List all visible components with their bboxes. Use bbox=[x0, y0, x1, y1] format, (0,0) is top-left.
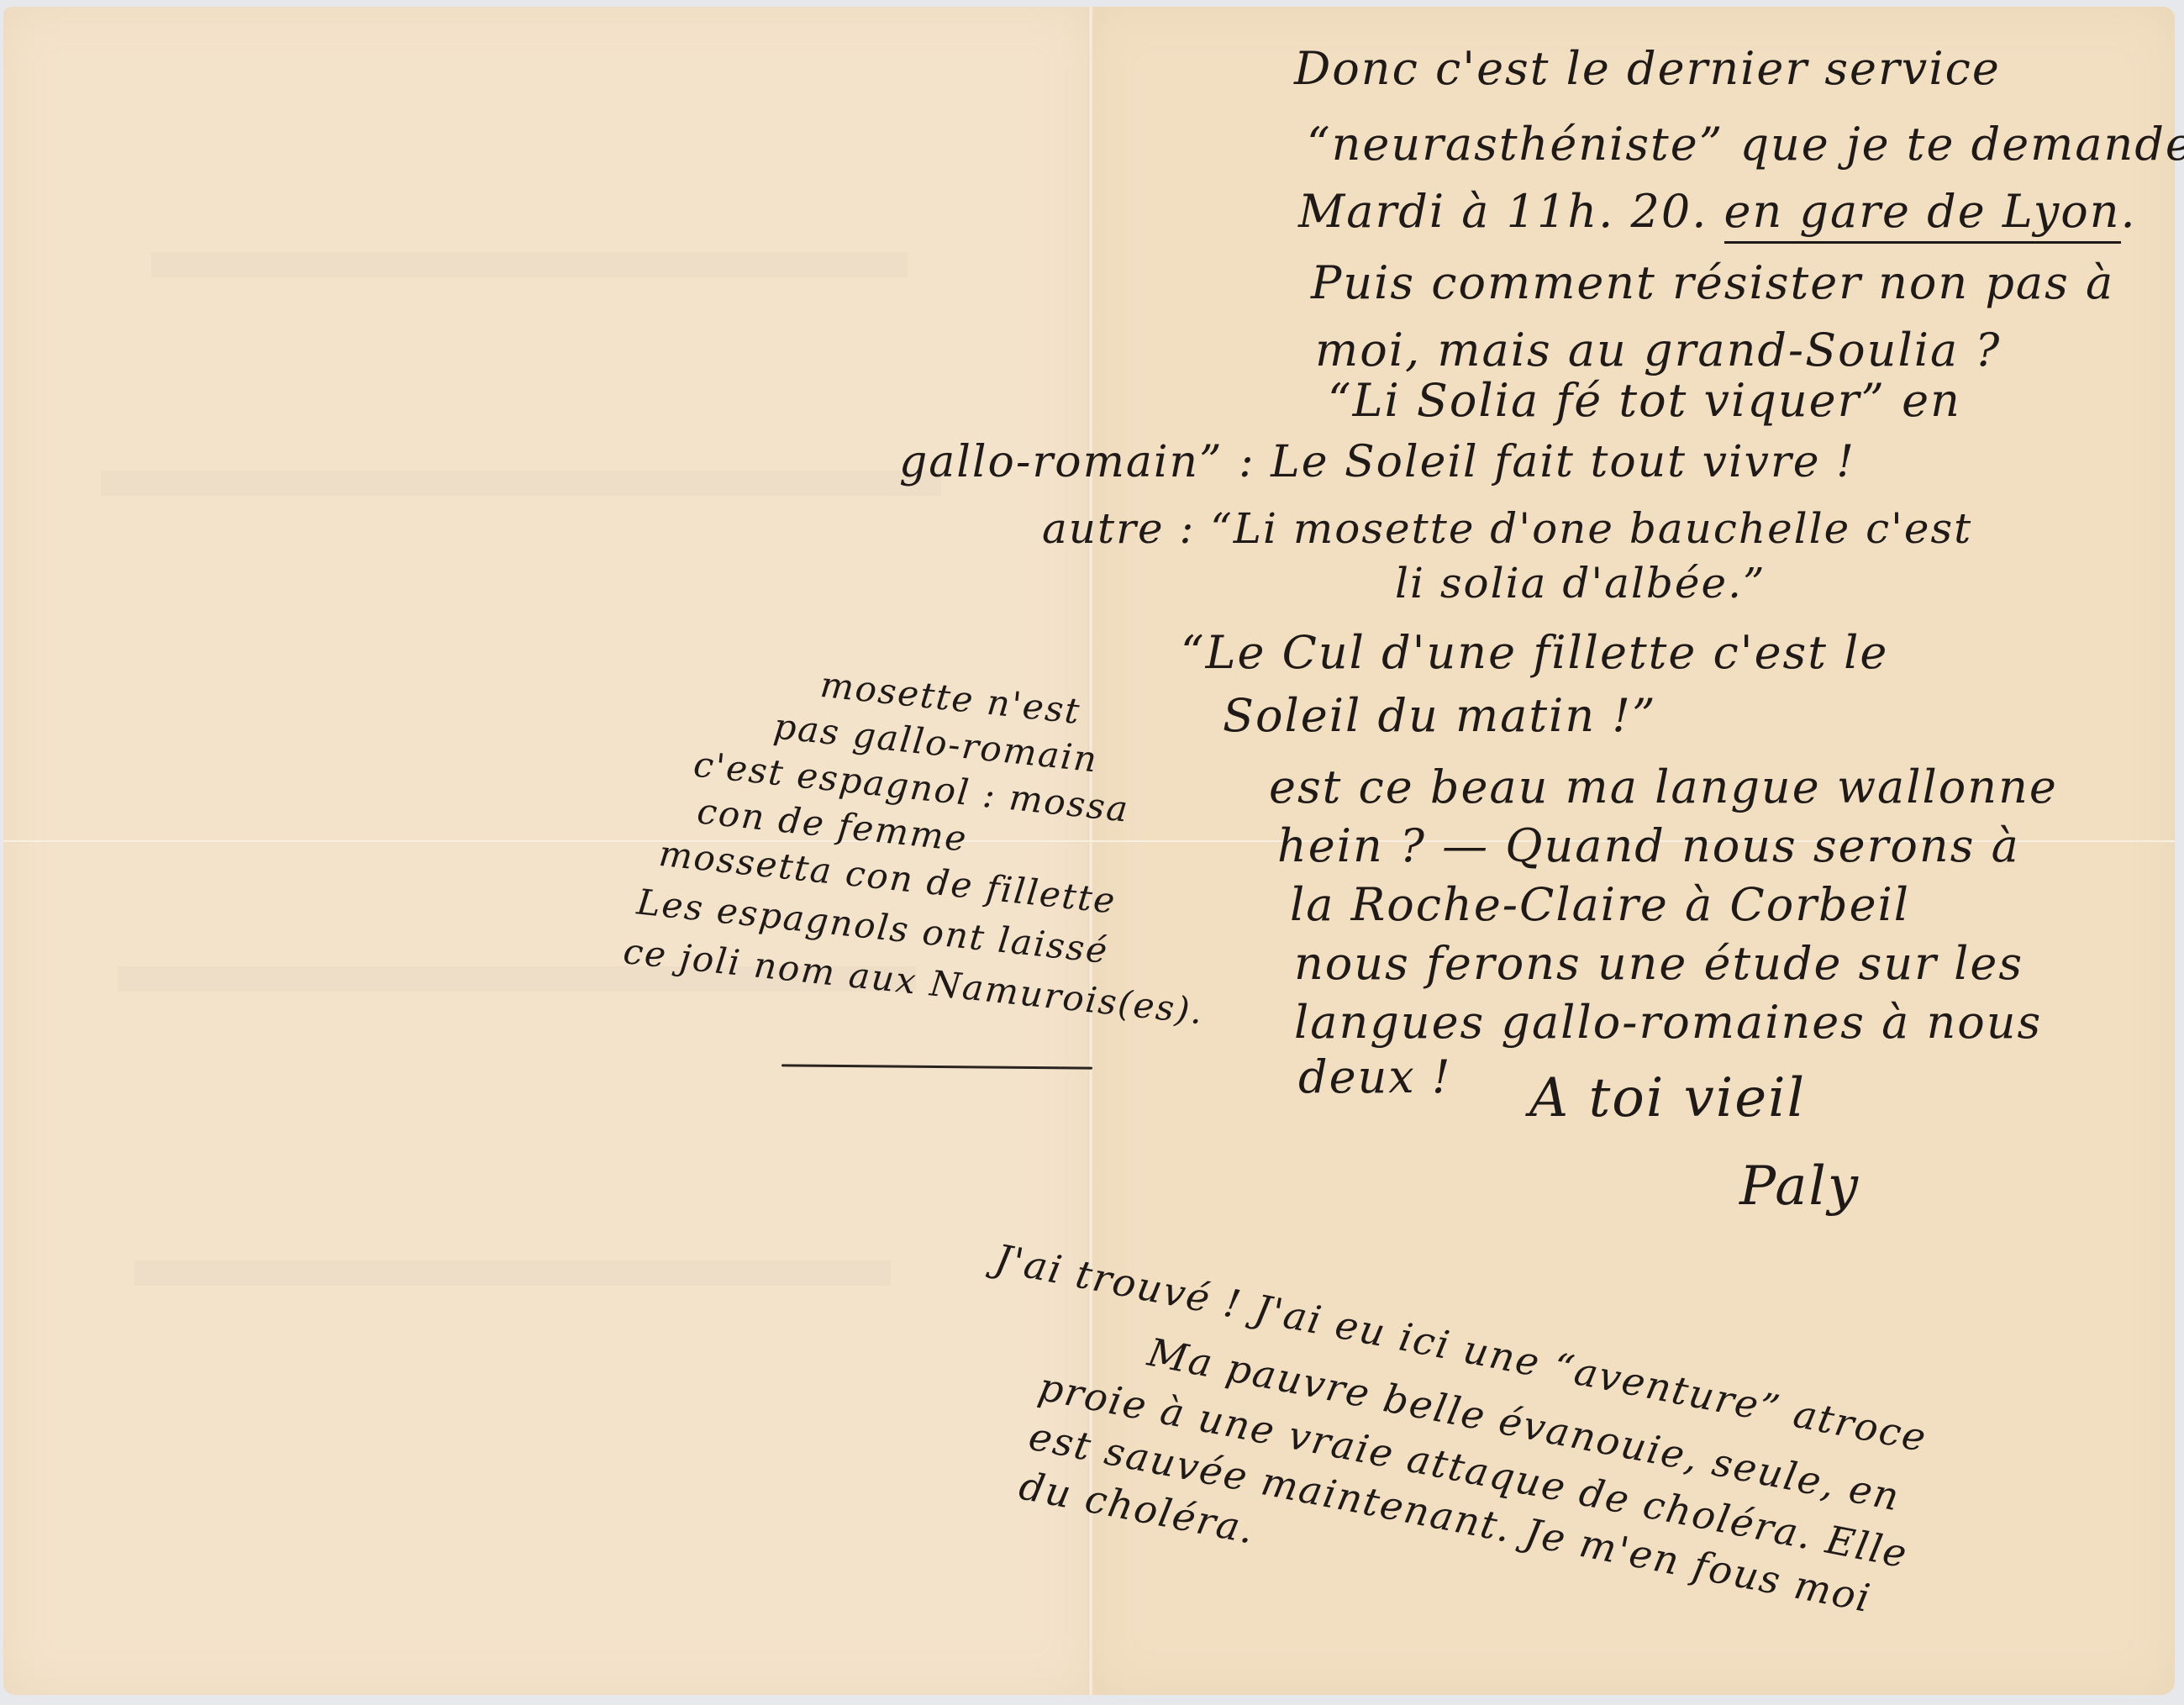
letter-line: langues gallo-romaines à nous bbox=[1294, 996, 2042, 1049]
letter-line: hein ? — Quand nous serons à bbox=[1277, 819, 2020, 872]
letter-line: moi, mais au grand-Soulia ? bbox=[1315, 324, 2001, 376]
letter-line: la Roche-Claire à Corbeil bbox=[1290, 878, 1910, 931]
letter-line: “Le Cul d'une fillette c'est le bbox=[1181, 626, 1888, 679]
bleed-through bbox=[101, 471, 941, 496]
letter-line: nous ferons une étude sur les bbox=[1294, 937, 2023, 990]
bleed-through bbox=[151, 252, 908, 277]
letter-line: est ce beau ma langue wallonne bbox=[1269, 760, 2058, 813]
letter-line: “Li Solia fé tot viquer” en bbox=[1328, 374, 1961, 427]
letter-line: li solia d'albée.” bbox=[1395, 559, 1766, 608]
letter-line-part: Mardi à 11h. 20. bbox=[1298, 185, 1724, 238]
letter-line: Donc c'est le dernier service bbox=[1294, 42, 2001, 95]
letter-line: Puis comment résister non pas à bbox=[1311, 256, 2114, 309]
letter-line: autre : “Li mosette d'one bauchelle c'es… bbox=[1042, 504, 1972, 553]
signature: Paly bbox=[1739, 1155, 1860, 1218]
letter-line: Mardi à 11h. 20. en gare de Lyon. bbox=[1298, 185, 2137, 238]
letter-line: deux ! bbox=[1298, 1050, 1452, 1103]
bleed-through bbox=[134, 1260, 891, 1286]
closing: A toi vieil bbox=[1529, 1067, 1806, 1129]
letter-line: Soleil du matin !” bbox=[1223, 689, 1657, 742]
letter-line: “neurasthéniste” que je te demande bbox=[1307, 118, 2184, 171]
underlined-phrase: en gare de Lyon bbox=[1724, 185, 2121, 244]
letter-line: gallo-romain” : Le Soleil fait tout vivr… bbox=[899, 437, 1855, 487]
